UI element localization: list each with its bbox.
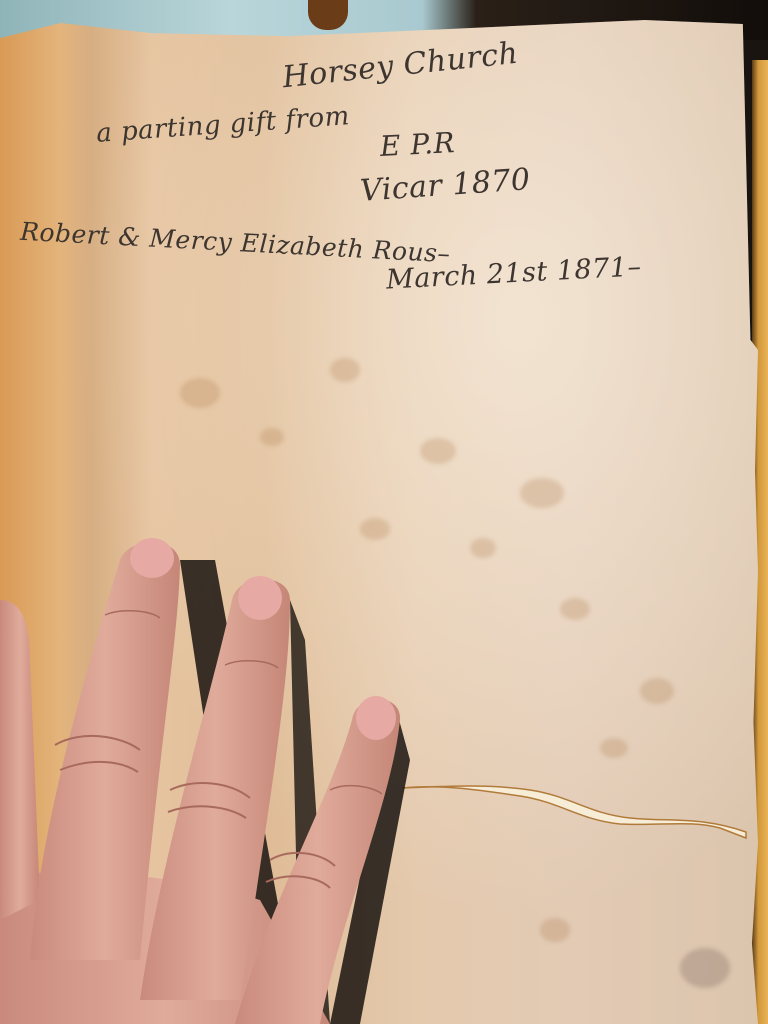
hand [0, 0, 768, 1024]
fingernail [130, 538, 174, 578]
photo-scene: Horsey Church a parting gift from E P.R … [0, 0, 768, 1024]
fingernail [356, 696, 396, 740]
finger-left [0, 600, 40, 920]
fingernail [238, 576, 282, 620]
